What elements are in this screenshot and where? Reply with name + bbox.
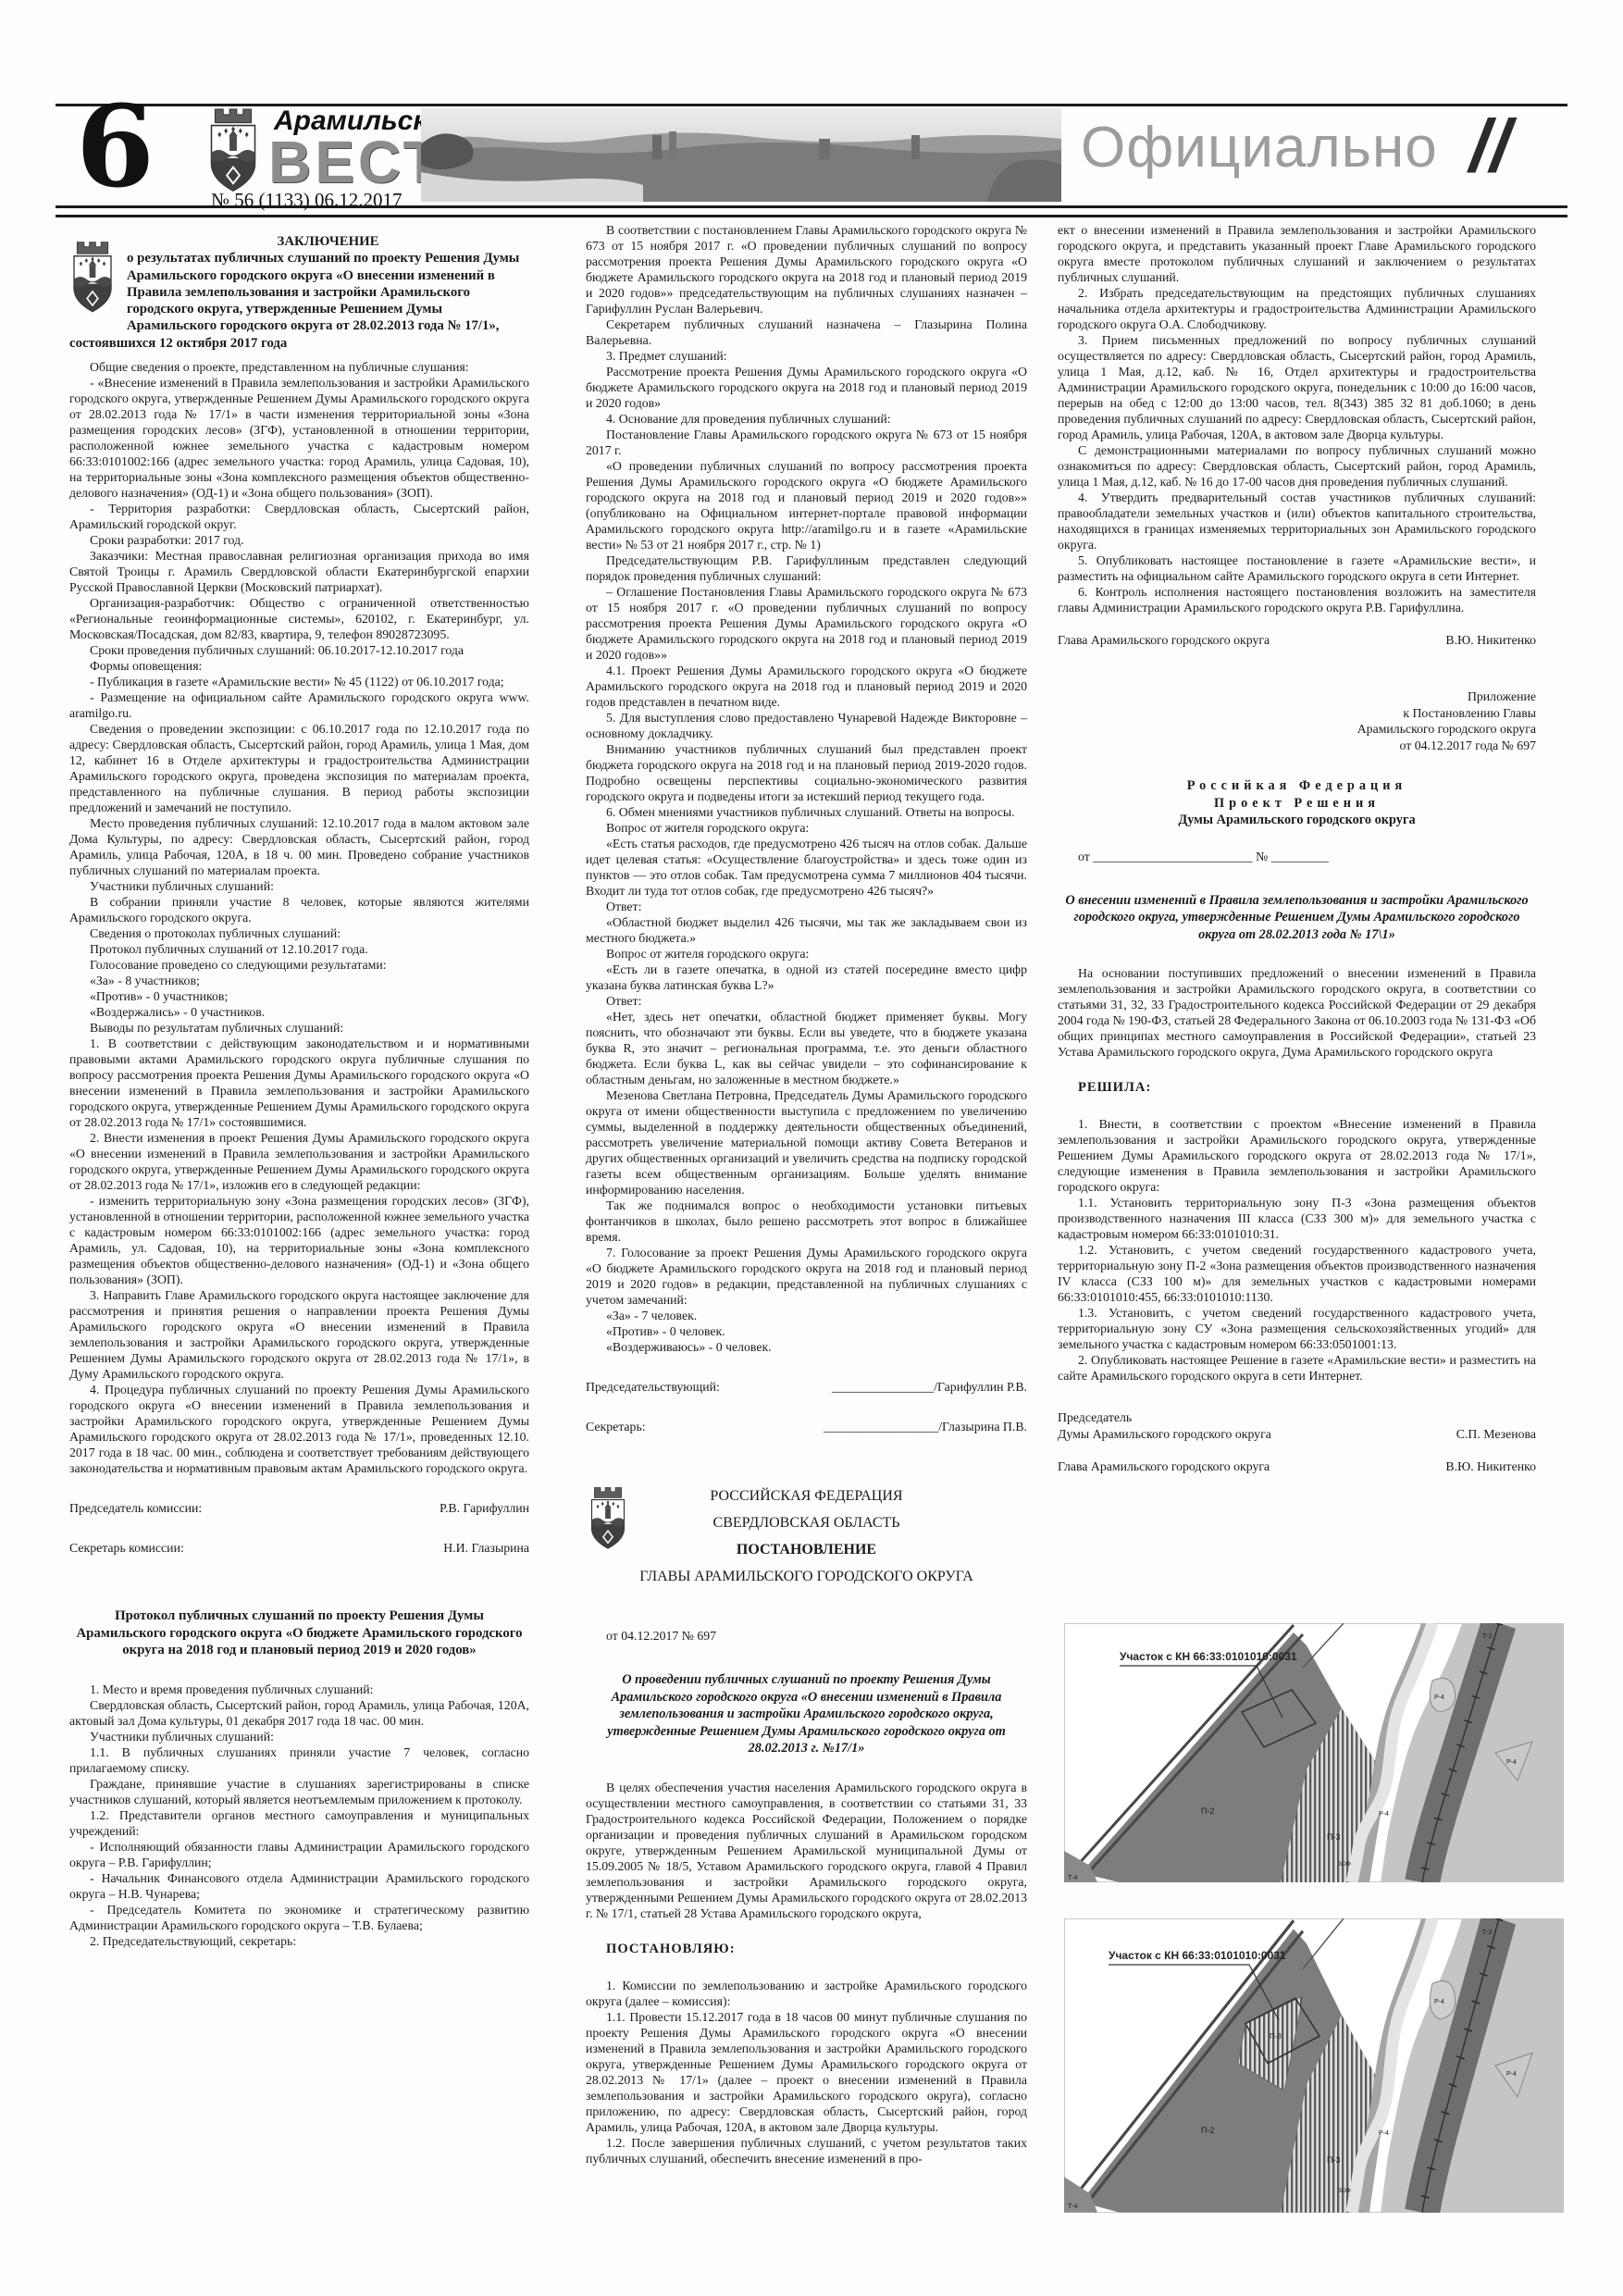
paragraph: - Размещение на официальном сайте Арамил… bbox=[69, 689, 529, 721]
paragraph: - «Внесение изменений в Правила землепол… bbox=[69, 375, 529, 501]
paragraph: «Против» - 0 человек. bbox=[586, 1323, 1027, 1339]
column-2: В соответствии с постановлением Главы Ар… bbox=[586, 222, 1027, 2166]
draft-heading: Российкая Федерация Проект Решения Думы … bbox=[1058, 777, 1536, 829]
paragraph: Так же поднимался вопрос о необходимости… bbox=[586, 1198, 1027, 1245]
paragraph: Граждане, принявшие участие в слушаниях … bbox=[69, 1776, 529, 1807]
zone-label-zof: ЗОФ bbox=[1338, 1861, 1351, 1868]
signature-row: Секретарь комиссии: Н.И. Глазырина bbox=[69, 1540, 529, 1556]
paragraph: «Нет, здесь нет опечатки, областной бюдж… bbox=[586, 1009, 1027, 1087]
paragraph: Организация-разработчик: Общество с огра… bbox=[69, 595, 529, 642]
paragraph: Рассмотрение проекта Решения Думы Арамил… bbox=[586, 364, 1027, 411]
paragraph: «Против» - 0 участников; bbox=[69, 988, 529, 1004]
zone-label-p3-parcel: П-3 bbox=[1270, 2032, 1282, 2041]
paragraph: 5. Опубликовать настоящее постановление … bbox=[1058, 552, 1536, 584]
zone-label-p3: П-3 bbox=[1327, 2155, 1340, 2165]
signature-row: Секретарь: __________________/Глазырина … bbox=[586, 1419, 1027, 1434]
paragraph: Мезенова Светлана Петровна, Председатель… bbox=[586, 1087, 1027, 1198]
resolution-head-line: РОССИЙСКАЯ ФЕДЕРАЦИЯ bbox=[586, 1483, 1027, 1509]
paragraph: Формы оповещения: bbox=[69, 658, 529, 674]
signature-role: Глава Арамильского городского округа bbox=[1058, 632, 1270, 648]
annex-line: Арамильского городского округа bbox=[1058, 721, 1536, 738]
signature-row: Думы Арамильского городского округа С.П.… bbox=[1058, 1426, 1536, 1443]
paragraph: 1.2. После завершения публичных слушаний… bbox=[586, 2135, 1027, 2166]
paragraph: 3. Предмет слушаний: bbox=[586, 348, 1027, 364]
paragraph: 2. Избрать председательствующим на предс… bbox=[1058, 285, 1536, 332]
signature-role: Председатель комиссии: bbox=[69, 1500, 202, 1516]
paragraph: Сроки проведения публичных слушаний: 06.… bbox=[69, 642, 529, 658]
draft-heading-line: Думы Арамильского городского округа bbox=[1058, 812, 1536, 829]
paragraph: В собрании приняли участие 8 человек, ко… bbox=[69, 894, 529, 925]
paragraph: 3. Прием письменных предложений по вопро… bbox=[1058, 332, 1536, 442]
paragraph: 1. Место и время проведения публичных сл… bbox=[69, 1682, 529, 1697]
resolution-head-line: ГЛАВЫ АРАМИЛЬСКОГО ГОРОДСКОГО ОКРУГА bbox=[586, 1563, 1027, 1590]
paragraph: Заказчики: Местная православная религиоз… bbox=[69, 548, 529, 595]
zone-label-t2: Т-2 bbox=[1482, 1930, 1493, 1936]
paragraph: Свердловская область, Сысертский район, … bbox=[69, 1697, 529, 1729]
paragraph: Общие сведения о проекте, представленном… bbox=[69, 359, 529, 375]
paragraph: - изменить территориальную зону «Зона ра… bbox=[69, 1193, 529, 1287]
draft-preamble: На основании поступивших предложений о в… bbox=[1058, 965, 1536, 1060]
paragraph: 1.1. Провести 15.12.2017 года в 18 часов… bbox=[586, 2009, 1027, 2135]
protocol-signatures: Председательствующий: ________________/Г… bbox=[586, 1379, 1027, 1434]
paragraph: 2. Опубликовать настоящее Решение в газе… bbox=[1058, 1352, 1536, 1384]
signature-name: В.Ю. Никитенко bbox=[1445, 632, 1536, 648]
header-panorama-photo bbox=[421, 107, 1061, 202]
paragraph: - Территория разработки: Свердловская об… bbox=[69, 501, 529, 532]
paragraph: 1.1. Установить территориальную зону П-3… bbox=[1058, 1195, 1536, 1242]
conclusion-heading-rest: о результатах публичных слушаний по прое… bbox=[69, 251, 519, 350]
paragraph: «Есть статья расходов, где предусмотрено… bbox=[586, 836, 1027, 899]
signature-row: Глава Арамильского городского округа В.Ю… bbox=[1058, 1458, 1536, 1475]
section-title: Официально bbox=[1081, 115, 1438, 180]
paragraph: - Начальник Финансового отдела Администр… bbox=[69, 1870, 529, 1902]
signature-role: Секретарь: bbox=[586, 1419, 646, 1434]
signature-role: Глава Арамильского городского округа bbox=[1058, 1458, 1270, 1475]
signature-name: ________________/Гарифуллин Р.В. bbox=[832, 1379, 1027, 1395]
paragraph: 1. Внести, в соответствии с проектом «Вн… bbox=[1058, 1116, 1536, 1195]
paragraph: Сроки разработки: 2017 год. bbox=[69, 532, 529, 548]
draft-heading-line: Российкая Федерация bbox=[1058, 777, 1536, 795]
paragraph: «Воздержались» - 0 участников. bbox=[69, 1004, 529, 1020]
annex-line: к Постановлению Главы bbox=[1058, 705, 1536, 722]
paragraph: «О проведении публичных слушаний по вопр… bbox=[586, 458, 1027, 552]
paragraph: - Председатель Комитета по экономике и с… bbox=[69, 1902, 529, 1933]
paragraph: Постановление Главы Арамильского городск… bbox=[586, 427, 1027, 458]
zone-label-p2: П-2 bbox=[1201, 1806, 1214, 1816]
zone-label-r4: Р-4 bbox=[1506, 2071, 1517, 2078]
paragraph: Вниманию участников публичных слушаний б… bbox=[586, 741, 1027, 804]
paragraph: 1. Комиссии по землепользованию и застро… bbox=[586, 1978, 1027, 2009]
signature-name: __________________/Глазырина П.В. bbox=[824, 1419, 1027, 1434]
paragraph: Участники публичных слушаний: bbox=[69, 1729, 529, 1744]
resolution-head-line: ПОСТАНОВЛЕНИЕ bbox=[586, 1536, 1027, 1563]
page-number: 6 bbox=[76, 98, 155, 194]
resolution-continuation: ект о внесении изменений в Правила земле… bbox=[1058, 222, 1536, 285]
column-1: ЗАКЛЮЧЕНИЕ о результатах публичных слуша… bbox=[69, 222, 529, 1949]
paragraph: 1.2. Представители органов местного само… bbox=[69, 1807, 529, 1839]
draft-items: 1. Внести, в соответствии с проектом «Вн… bbox=[1058, 1116, 1536, 1384]
signature-role: Думы Арамильского городского округа bbox=[1058, 1426, 1271, 1443]
paragraph: 4. Основание для проведения публичных сл… bbox=[586, 411, 1027, 427]
resolution-items-continued: 2. Избрать председательствующим на предс… bbox=[1058, 285, 1536, 615]
paragraph: 1. В соответствии с действующим законода… bbox=[69, 1036, 529, 1130]
protocol-heading: Протокол публичных слушаний по проекту Р… bbox=[69, 1607, 529, 1659]
paragraph: - Исполняющий обязанности главы Админист… bbox=[69, 1839, 529, 1870]
cadastral-map-1: Участок с КН 66:33:0101010:0031 П-2 П-3 … bbox=[1064, 1623, 1564, 1882]
signature-row: Председательствующий: ________________/Г… bbox=[586, 1379, 1027, 1395]
zone-label-p2: П-2 bbox=[1201, 2126, 1214, 2135]
resolution-emblem-icon bbox=[588, 1486, 628, 1551]
map-parcel-label: Участок с КН 66:33:0101010:0031 bbox=[1120, 1650, 1297, 1663]
draft-heading-line: Проект Решения bbox=[1058, 795, 1536, 813]
zone-label-t4: Т-4 bbox=[1068, 1875, 1078, 1881]
paragraph: С демонстрационными материалами по вопро… bbox=[1058, 442, 1536, 490]
paragraph: «Есть ли в газете опечатка, в одной из с… bbox=[586, 962, 1027, 993]
annex-line: Приложение bbox=[1058, 689, 1536, 705]
resolution-head: РОССИЙСКАЯ ФЕДЕРАЦИЯ СВЕРДЛОВСКАЯ ОБЛАСТ… bbox=[586, 1483, 1027, 1590]
resolution-date: от 04.12.2017 № 697 bbox=[586, 1629, 1027, 1644]
paragraph: Ответ: bbox=[586, 899, 1027, 914]
signature-role: Председатель bbox=[1058, 1409, 1536, 1426]
signature-name: Н.И. Глазырина bbox=[443, 1540, 529, 1556]
annex-block: Приложениек Постановлению ГлавыАрамильск… bbox=[1058, 689, 1536, 753]
resolution-resolve-word: ПОСТАНОВЛЯЮ: bbox=[606, 1942, 1027, 1957]
paragraph: Выводы по результатам публичных слушаний… bbox=[69, 1020, 529, 1036]
paragraph: «За» - 8 участников; bbox=[69, 973, 529, 988]
paragraph: 4. Процедура публичных слушаний по проек… bbox=[69, 1382, 529, 1476]
paragraph: 2. Внести изменения в проект Решения Дум… bbox=[69, 1130, 529, 1193]
paragraph: 5. Для выступления слово предоставлено Ч… bbox=[586, 710, 1027, 741]
draft-signatures: Председатель Думы Арамильского городског… bbox=[1058, 1409, 1536, 1475]
resolution-head-line: СВЕРДЛОВСКАЯ ОБЛАСТЬ bbox=[586, 1509, 1027, 1536]
paragraph: Голосование проведено со следующими резу… bbox=[69, 957, 529, 973]
resolution-block: РОССИЙСКАЯ ФЕДЕРАЦИЯ СВЕРДЛОВСКАЯ ОБЛАСТ… bbox=[586, 1483, 1027, 2166]
signature-name: В.Ю. Никитенко bbox=[1445, 1458, 1536, 1475]
paragraph: Вопрос от жителя городского округа: bbox=[586, 946, 1027, 962]
signature-role: Секретарь комиссии: bbox=[69, 1540, 184, 1556]
zone-label-zof: ЗОФ bbox=[1338, 2188, 1351, 2194]
paragraph: 4. Утвердить предварительный состав учас… bbox=[1058, 490, 1536, 552]
paragraph: Председательствующим Р.В. Гарифуллиным п… bbox=[586, 552, 1027, 584]
section-slashes-icon: // bbox=[1469, 104, 1510, 189]
header-bottom-rule bbox=[56, 205, 1567, 217]
conclusion-emblem-icon bbox=[69, 241, 116, 315]
paragraph: Сведения о протоколах публичных слушаний… bbox=[69, 925, 529, 941]
paragraph: «Областной бюджет выделил 426 тысячи, мы… bbox=[586, 914, 1027, 946]
map-parcel-label: Участок с КН 66:33:0101010:0031 bbox=[1109, 1949, 1286, 1962]
zone-label-t2: Т-2 bbox=[1482, 1633, 1493, 1640]
protocol-body: 1. Место и время проведения публичных сл… bbox=[69, 1682, 529, 1949]
signature-role: Председательствующий: bbox=[586, 1379, 720, 1395]
signature-name: Р.В. Гарифуллин bbox=[440, 1500, 529, 1516]
zone-label-r4: Р-4 bbox=[1379, 1811, 1389, 1818]
paragraph: В соответствии с постановлением Главы Ар… bbox=[586, 222, 1027, 316]
column-3: ект о внесении изменений в Правила земле… bbox=[1058, 222, 1536, 1475]
paragraph: Сведения о проведении экспозиции: с 06.1… bbox=[69, 721, 529, 815]
zone-label-r4: Р-4 bbox=[1379, 2130, 1389, 2137]
protocol-continuation-body: В соответствии с постановлением Главы Ар… bbox=[586, 222, 1027, 1355]
paragraph: 1.1. В публичных слушаниях приняли участ… bbox=[69, 1744, 529, 1776]
resolution-preamble: В целях обеспечения участия населения Ар… bbox=[586, 1780, 1027, 1921]
paragraph: Участники публичных слушаний: bbox=[69, 878, 529, 894]
paragraph: - Публикация в газете «Арамильские вести… bbox=[69, 674, 529, 689]
paragraph: 6. Контроль исполнения настоящего постан… bbox=[1058, 584, 1536, 615]
annex-line: от 04.12.2017 года № 697 bbox=[1058, 738, 1536, 754]
conclusion-heading-word: ЗАКЛЮЧЕНИЕ bbox=[69, 233, 529, 250]
zone-label-p3: П-3 bbox=[1327, 1832, 1340, 1842]
paragraph: «За» - 7 человек. bbox=[586, 1308, 1027, 1323]
head-signature-row: Глава Арамильского городского округа В.Ю… bbox=[1058, 632, 1536, 648]
conclusion-body: Общие сведения о проекте, представленном… bbox=[69, 359, 529, 1476]
conclusion-heading: ЗАКЛЮЧЕНИЕ о результатах публичных слуша… bbox=[69, 233, 529, 352]
paragraph: Секретарем публичных слушаний назначена … bbox=[586, 316, 1027, 348]
paragraph: 4.1. Проект Решения Думы Арамильского го… bbox=[586, 663, 1027, 710]
paragraph: Вопрос от жителя городского округа: bbox=[586, 820, 1027, 836]
paragraph: 3. Направить Главе Арамильского городско… bbox=[69, 1287, 529, 1382]
paragraph: 6. Обмен мнениями участников публичных с… bbox=[586, 804, 1027, 820]
paragraph: Протокол публичных слушаний от 12.10.201… bbox=[69, 941, 529, 957]
paragraph: 1.2. Установить, с учетом сведений госуд… bbox=[1058, 1242, 1536, 1305]
resolution-items: 1. Комиссии по землепользованию и застро… bbox=[586, 1978, 1027, 2166]
paragraph: Место проведения публичных слушаний: 12.… bbox=[69, 815, 529, 878]
signature-row: Председатель комиссии: Р.В. Гарифуллин bbox=[69, 1500, 529, 1516]
zone-label-t4: Т-4 bbox=[1068, 2203, 1078, 2210]
draft-date-line: от _________________________ № _________ bbox=[1058, 850, 1536, 864]
paragraph: 1.3. Установить, с учетом сведений госуд… bbox=[1058, 1305, 1536, 1352]
paragraph: 7. Голосование за проект Решения Думы Ар… bbox=[586, 1245, 1027, 1308]
draft-resolve-word: РЕШИЛА: bbox=[1078, 1080, 1536, 1096]
draft-title: О внесении изменений в Правила землеполь… bbox=[1058, 892, 1536, 944]
zone-label-r4: Р-4 bbox=[1434, 1999, 1444, 2005]
zone-label-r4: Р-4 bbox=[1434, 1694, 1444, 1701]
signature-name: С.П. Мезенова bbox=[1456, 1426, 1536, 1443]
resolution-title: О проведении публичных слушаний по проек… bbox=[586, 1671, 1027, 1757]
zone-label-r4: Р-4 bbox=[1506, 1759, 1517, 1766]
conclusion-signatures: Председатель комиссии: Р.В. Гарифуллин С… bbox=[69, 1500, 529, 1556]
city-emblem-icon bbox=[205, 107, 261, 194]
cadastral-map-2: Участок с КН 66:33:0101010:0031 П-3 П-2 … bbox=[1064, 1918, 1564, 2213]
paragraph: «Воздерживаюсь» - 0 человек. bbox=[586, 1339, 1027, 1355]
paragraph: 2. Председательствующий, секретарь: bbox=[69, 1933, 529, 1949]
paragraph: Ответ: bbox=[586, 993, 1027, 1009]
paragraph: – Оглашение Постановления Главы Арамильс… bbox=[586, 584, 1027, 663]
